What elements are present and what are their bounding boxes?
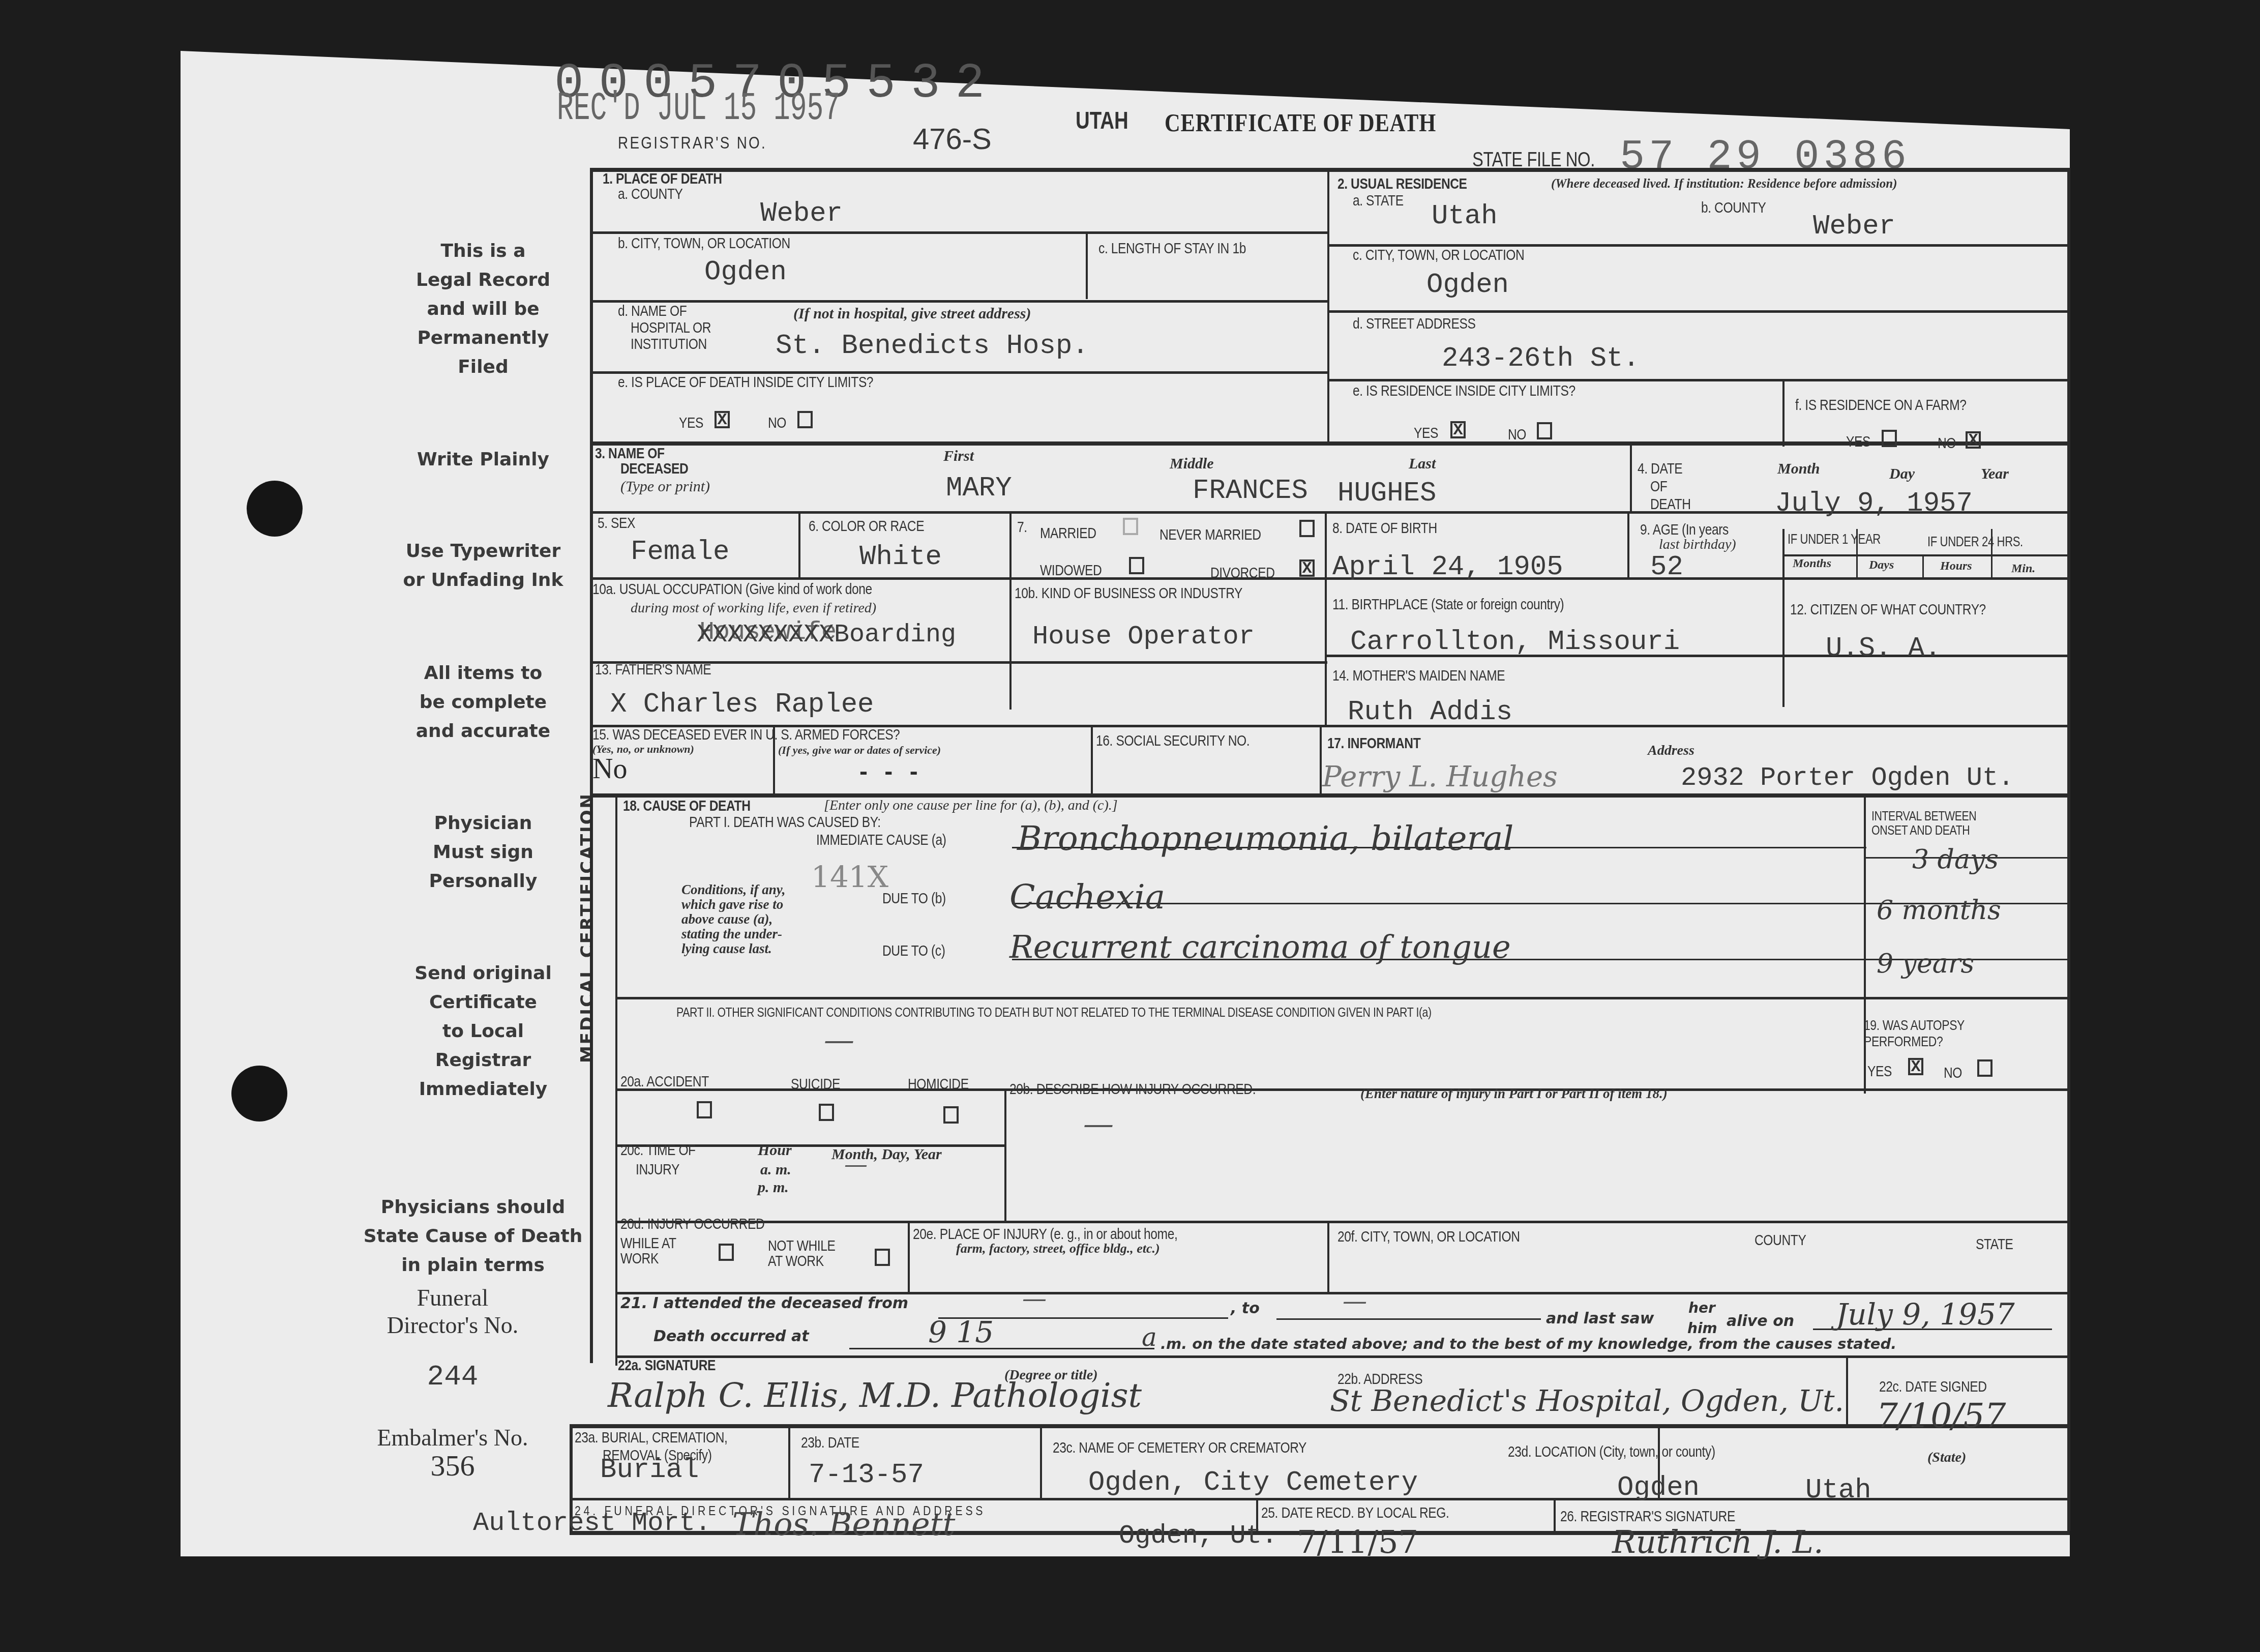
state-file-number: 57 29 0386 <box>1620 133 1911 181</box>
never-married-label: NEVER MARRIED <box>1159 526 1261 544</box>
city-label: c. CITY, TOWN, OR LOCATION <box>1353 247 1524 264</box>
homicide-checkbox[interactable] <box>943 1106 959 1124</box>
immediate-cause-value: Bronchopneumonia, bilateral <box>1017 819 1513 858</box>
residence-city-limits-yes-checkbox[interactable]: X <box>1450 421 1466 438</box>
divider <box>590 300 1327 303</box>
note-legal-record: This is a Legal Record and will be Perma… <box>386 237 580 381</box>
divider <box>590 231 1327 234</box>
am-pm-value: a <box>1142 1322 1157 1352</box>
farm-yes-checkbox[interactable] <box>1882 430 1897 447</box>
note-physician-sign: Physician Must sign Personally <box>386 809 580 896</box>
time-of-injury-label: 20c. TIME OF <box>620 1142 696 1159</box>
age-hint: last birthday) <box>1659 537 1736 553</box>
suicide-checkbox[interactable] <box>819 1104 834 1121</box>
age-label: 9. AGE (In years <box>1640 521 1729 539</box>
occupation-label: 10a. USUAL OCCUPATION (Give kind of work… <box>592 581 872 598</box>
divider <box>1630 445 1632 511</box>
page-title: CERTIFICATE OF DEATH <box>1165 108 1436 137</box>
informant-signature: Perry L. Hughes <box>1322 760 1558 793</box>
divorced-checkbox[interactable]: X <box>1299 559 1315 577</box>
length-of-stay-label: c. LENGTH OF STAY IN 1b <box>1098 240 1246 257</box>
divider <box>1040 1427 1042 1498</box>
ssn-label: 16. SOCIAL SECURITY NO. <box>1096 732 1250 750</box>
city-limits-label: e. IS PLACE OF DEATH INSIDE CITY LIMITS? <box>618 374 873 391</box>
conditions-hint: Conditions, if any, which gave rise to a… <box>681 882 786 956</box>
residence-city-limits-no-checkbox[interactable] <box>1537 422 1552 439</box>
divider <box>1327 170 1329 445</box>
hospital-label: d. NAME OF <box>618 303 687 320</box>
divider <box>1846 1358 1848 1424</box>
divider <box>1627 511 1629 577</box>
date-of-death-label: DEATH <box>1650 496 1691 513</box>
time-of-injury-value: — <box>844 1150 868 1178</box>
interval-label: INTERVAL BETWEEN ONSET AND DEATH <box>1871 809 1976 837</box>
form-border-top <box>590 168 2070 172</box>
last-label: Last <box>1409 455 1436 473</box>
married-label: MARRIED <box>1040 525 1096 542</box>
burial-method-value: Burial <box>600 1455 699 1486</box>
no-label: NO <box>768 415 786 432</box>
business-label: 10b. KIND OF BUSINESS OR INDUSTRY <box>1015 585 1242 602</box>
first-label: First <box>943 448 974 465</box>
registrar-signature: Ruthrich J. L. <box>1612 1523 1824 1560</box>
time-of-injury-label: INJURY <box>636 1161 679 1178</box>
sex-value: Female <box>631 537 729 568</box>
city-limits-yes-checkbox[interactable]: X <box>715 411 730 428</box>
yes-label: YES <box>1846 433 1870 451</box>
describe-injury-label: 20b. DESCRIBE HOW INJURY OCCURRED. <box>1009 1081 1256 1098</box>
date-recd-value: 7/11/57 <box>1297 1523 1418 1560</box>
residence-city-value: Ogden <box>1426 270 1509 301</box>
due-to-c-value: Recurrent carcinoma of tongue <box>1009 928 1511 965</box>
race-label: 6. COLOR OR RACE <box>809 518 924 535</box>
death-time-value: 9 15 <box>928 1315 994 1349</box>
divider <box>615 1355 2070 1358</box>
city-label: b. CITY, TOWN, OR LOCATION <box>618 235 790 252</box>
farm-no-checkbox[interactable]: X <box>1966 431 1981 449</box>
city-limits-no-checkbox[interactable] <box>797 411 813 428</box>
pm-label: p. m. <box>758 1179 789 1196</box>
autopsy-no-checkbox[interactable] <box>1977 1059 1993 1077</box>
day-label: Day <box>1889 465 1915 483</box>
divider <box>1922 554 1924 577</box>
divider <box>1009 511 1012 710</box>
divider <box>908 1221 910 1292</box>
occupation-value: XXXXXXXXXBoarding <box>697 621 956 650</box>
date-of-death-label: 4. DATE <box>1638 460 1682 478</box>
registrar-no: 476-S <box>913 122 992 156</box>
not-while-at-work-label: NOT WHILE AT WORK <box>768 1238 836 1269</box>
injury-state-label: STATE <box>1976 1236 2013 1253</box>
funeral-address-value: Ogden, Ut. <box>1119 1521 1277 1551</box>
hour-label: Hour <box>758 1142 792 1159</box>
county-label: b. COUNTY <box>1701 199 1766 217</box>
divider <box>590 793 2070 798</box>
alive-on-value: July 9, 1957 <box>1836 1297 2015 1332</box>
divider <box>1320 727 1322 793</box>
due-to-c-label: DUE TO (c) <box>882 942 945 960</box>
min-label: Min. <box>2011 562 2035 576</box>
note-complete-accurate: All items to be complete and accurate <box>386 659 580 746</box>
burial-date-value: 7-13-57 <box>809 1460 924 1491</box>
business-value: House Operator <box>1032 622 1255 652</box>
no-label: NO <box>1944 1065 1962 1082</box>
cemetery-value: Ogden, City Cemetery <box>1088 1467 1418 1498</box>
months-label: Months <box>1793 557 1831 571</box>
suicide-label: SUICIDE <box>791 1076 840 1093</box>
divider <box>1325 511 1327 727</box>
yes-label: YES <box>1414 425 1438 442</box>
county-label: a. COUNTY <box>618 186 683 203</box>
residence-street-value: 243-26th St. <box>1442 343 1640 374</box>
due-to-b-value: Cachexia <box>1009 877 1165 917</box>
part2-value: — <box>824 1022 854 1058</box>
attended-label: 21. I attended the deceased from <box>620 1294 908 1312</box>
to-label: , to <box>1231 1300 1260 1317</box>
divider <box>1327 1221 1329 1292</box>
date-of-death-value: July 9, 1957 <box>1775 488 1973 519</box>
signature-label: 22a. SIGNATURE <box>618 1357 716 1374</box>
burial-state-value: Utah <box>1805 1475 1871 1506</box>
middle-label: Middle <box>1170 455 1214 473</box>
armed-forces-service-value: - - - <box>859 758 923 786</box>
divider <box>570 1424 2070 1428</box>
date-of-death-label: OF <box>1650 478 1667 495</box>
medical-certification-label: MEDICAL CERTIFICATION <box>577 792 598 1063</box>
divider <box>1327 379 2070 381</box>
homicide-label: HOMICIDE <box>908 1076 969 1093</box>
divider <box>615 997 2070 999</box>
residence-county-value: Weber <box>1813 211 1895 242</box>
interval-b-value: 6 months <box>1877 895 2001 926</box>
immediate-cause-label: IMMEDIATE CAUSE (a) <box>816 832 946 849</box>
accident-checkbox[interactable] <box>697 1101 712 1118</box>
attestation-text: .m. on the date stated above; and to the… <box>1161 1335 1896 1352</box>
interval-c-value: 9 years <box>1877 949 1974 979</box>
while-at-work-label: WHILE AT WORK <box>620 1236 676 1266</box>
informant-address-value: 2932 Porter Ogden Ut. <box>1681 763 2014 793</box>
state-label: a. STATE <box>1353 192 1404 210</box>
dob-label: 8. DATE OF BIRTH <box>1332 520 1437 537</box>
part2-label: PART II. OTHER SIGNIFICANT CONDITIONS CO… <box>676 1005 1432 1020</box>
burial-date-label: 23b. DATE <box>801 1434 859 1452</box>
place-of-injury-label: 20e. PLACE OF INJURY (e. g., in or about… <box>913 1226 1177 1243</box>
first-name-value: MARY <box>946 473 1012 504</box>
usual-residence-hint: (Where deceased lived. If institution: R… <box>1551 177 1897 191</box>
yes-label: YES <box>679 415 703 432</box>
funeral-director-no: 244 <box>331 1363 575 1391</box>
place-of-death-label: 1. PLACE OF DEATH <box>603 170 722 188</box>
medical-cert-divider <box>615 796 617 1366</box>
married-checkbox[interactable] <box>1123 518 1138 535</box>
note-use-typewriter: Use Typewriter or Unfading Ink <box>386 537 580 595</box>
age-value: 52 <box>1650 552 1683 583</box>
middle-name-value: FRANCES <box>1193 476 1308 507</box>
title-prefix: UTAH <box>1076 107 1128 135</box>
usual-residence-label: 2. USUAL RESIDENCE <box>1337 175 1467 193</box>
am-label: a. m. <box>760 1161 791 1178</box>
injury-county-label: COUNTY <box>1755 1232 1806 1249</box>
informant-label: 17. INFORMANT <box>1327 735 1420 752</box>
burial-method-label: 23a. BURIAL, CREMATION, <box>575 1429 727 1447</box>
autopsy-label: 19. WAS AUTOPSY PERFORMED? <box>1864 1017 1965 1050</box>
divider <box>1086 233 1088 299</box>
dob-value: April 24, 1905 <box>1332 552 1563 583</box>
armed-forces-service-hint: (If yes, give war or dates of service) <box>778 744 941 757</box>
deceased-name-label: DECEASED <box>620 460 688 478</box>
while-at-work-checkbox[interactable] <box>719 1244 734 1261</box>
race-value: White <box>859 542 942 573</box>
embalmer-no-label: Embalmer's No. <box>331 1424 575 1452</box>
attended-to-value: — <box>1343 1287 1367 1315</box>
marital-label: 7. <box>1017 519 1027 536</box>
widowed-checkbox[interactable] <box>1129 557 1144 574</box>
icd-code-annotation: 141X <box>811 860 888 894</box>
divider <box>788 1427 790 1498</box>
armed-forces-value: No <box>592 753 627 785</box>
attended-to-line <box>1276 1318 1541 1320</box>
due-to-b-label: DUE TO (b) <box>882 890 946 907</box>
date-signed-value: 7/10/57 <box>1877 1396 2006 1435</box>
never-married-checkbox[interactable] <box>1299 520 1315 537</box>
informant-address-label: Address <box>1648 743 1694 759</box>
part1-label: PART I. DEATH WAS CAUSED BY: <box>689 814 881 831</box>
accident-label: 20a. ACCIDENT <box>620 1073 709 1090</box>
citizen-label: 12. CITIZEN OF WHAT COUNTRY? <box>1790 601 1986 618</box>
mother-value: Ruth Addis <box>1348 697 1512 728</box>
punch-hole-icon <box>247 481 303 537</box>
date-recd-label: 25. DATE RECD. BY LOCAL REG. <box>1261 1504 1449 1522</box>
citizen-value: U.S. A. <box>1826 633 1941 664</box>
funeral-director-no-label: Funeral Director's No. <box>331 1284 575 1339</box>
burial-location-label: 23d. LOCATION (City, town, or county) <box>1508 1443 1715 1461</box>
sex-label: 5. SEX <box>598 515 635 532</box>
divider <box>590 577 2070 580</box>
month-label: Month <box>1777 460 1820 478</box>
attended-from-value: — <box>1022 1284 1047 1313</box>
registrar-signature-label: 26. REGISTRAR'S SIGNATURE <box>1560 1508 1735 1525</box>
autopsy-yes-checkbox[interactable]: X <box>1908 1058 1923 1075</box>
hospital-hint: (If not in hospital, give street address… <box>793 305 1031 322</box>
father-label: 13. FATHER'S NAME <box>595 661 711 678</box>
hours-label: Hours <box>1940 559 1972 573</box>
divider <box>1782 380 1785 447</box>
funeral-home-value: Aultorest Mort. <box>473 1508 711 1538</box>
note-write-plainly: Write Plainly <box>386 445 580 474</box>
under-1-year-label: IF UNDER 1 YEAR <box>1788 532 1881 547</box>
note-plain-terms: Physicians should State Cause of Death i… <box>356 1193 590 1280</box>
registrar-no-label: REGISTRAR'S NO. <box>618 133 767 153</box>
occupation-hint: during most of working life, even if ret… <box>631 600 876 616</box>
injury-occurred-label: 20d. INJURY OCCURRED <box>620 1216 764 1233</box>
punch-hole-icon <box>231 1066 287 1122</box>
residence-city-limits-label: e. IS RESIDENCE INSIDE CITY LIMITS? <box>1353 382 1575 400</box>
interval-a-value: 3 days <box>1912 844 1999 875</box>
place-of-injury-hint: farm, factory, street, office bldg., etc… <box>956 1241 1160 1256</box>
death-city-value: Ogden <box>704 257 787 288</box>
embalmer-no: 356 <box>331 1452 575 1480</box>
birthplace-value: Carrollton, Missouri <box>1350 627 1680 658</box>
yes-label: YES <box>1867 1063 1892 1080</box>
hospital-value: St. Benedicts Hosp. <box>776 331 1089 362</box>
deceased-name-label: 3. NAME OF <box>595 445 665 462</box>
last-name-value: HUGHES <box>1337 478 1436 509</box>
last-saw-label: and last saw <box>1546 1310 1654 1327</box>
divider <box>798 511 800 577</box>
birthplace-label: 11. BIRTHPLACE (State or foreign country… <box>1332 596 1564 613</box>
him-label: him <box>1687 1320 1717 1337</box>
note-send-original: Send original Certificate to Local Regis… <box>386 959 580 1104</box>
no-label: NO <box>1508 426 1526 444</box>
death-county-value: Weber <box>760 198 843 229</box>
burial-state-label: (State) <box>1927 1450 1966 1466</box>
no-label: NO <box>1938 435 1956 452</box>
cause-of-death-label: 18. CAUSE OF DEATH <box>623 798 751 815</box>
divider <box>615 1221 2070 1223</box>
widowed-label: WIDOWED <box>1040 562 1102 579</box>
days-label: Days <box>1869 558 1894 572</box>
funeral-director-signature: Thos. Bennett <box>732 1506 955 1543</box>
date-signed-label: 22c. DATE SIGNED <box>1879 1378 1987 1396</box>
under-24-hrs-label: IF UNDER 24 HRS. <box>1927 534 2023 550</box>
divider <box>1091 727 1093 793</box>
father-value: X Charles Raplee <box>610 689 874 720</box>
divider <box>1327 310 2070 313</box>
divider <box>1782 554 2067 556</box>
year-label: Year <box>1981 465 2009 483</box>
divorced-label: DIVORCED <box>1210 565 1275 582</box>
deceased-name-hint: (Type or print) <box>620 478 710 495</box>
form-border-right <box>2067 168 2070 1531</box>
street-label: d. STREET ADDRESS <box>1353 315 1475 333</box>
physician-address-value: St Benedict's Hospital, Ogden, Ut. <box>1330 1383 1844 1418</box>
received-stamp: REC'D JUL 15 1957 <box>557 86 840 131</box>
divider <box>1004 1088 1006 1221</box>
death-time-line <box>849 1348 1154 1349</box>
mother-label: 14. MOTHER'S MAIDEN NAME <box>1332 667 1505 685</box>
burial-city-value: Ogden <box>1617 1472 1700 1503</box>
armed-forces-label: 15. WAS DECEASED EVER IN U. S. ARMED FOR… <box>592 726 900 744</box>
death-occurred-label: Death occurred at <box>653 1327 809 1345</box>
injury-city-label: 20f. CITY, TOWN, OR LOCATION <box>1337 1228 1520 1246</box>
her-label: her <box>1688 1300 1715 1316</box>
divider <box>1554 1500 1556 1533</box>
hospital-label: HOSPITAL OR <box>631 319 711 337</box>
describe-injury-value: — <box>1083 1106 1114 1142</box>
cemetery-label: 23c. NAME OF CEMETERY OR CREMATORY <box>1053 1439 1306 1457</box>
farm-label: f. IS RESIDENCE ON A FARM? <box>1795 397 1967 414</box>
residence-state-value: Utah <box>1432 201 1498 232</box>
cause-of-death-hint: [Enter only one cause per line for (a), … <box>824 798 1118 814</box>
hospital-label: INSTITUTION <box>631 336 707 353</box>
alive-on-label: alive on <box>1727 1312 1794 1330</box>
physician-signature: Ralph C. Ellis, M.D. Pathologist <box>608 1376 1142 1415</box>
not-while-at-work-checkbox[interactable] <box>875 1249 890 1266</box>
describe-injury-hint: (Enter nature of injury in Part I or Par… <box>1360 1086 1668 1102</box>
